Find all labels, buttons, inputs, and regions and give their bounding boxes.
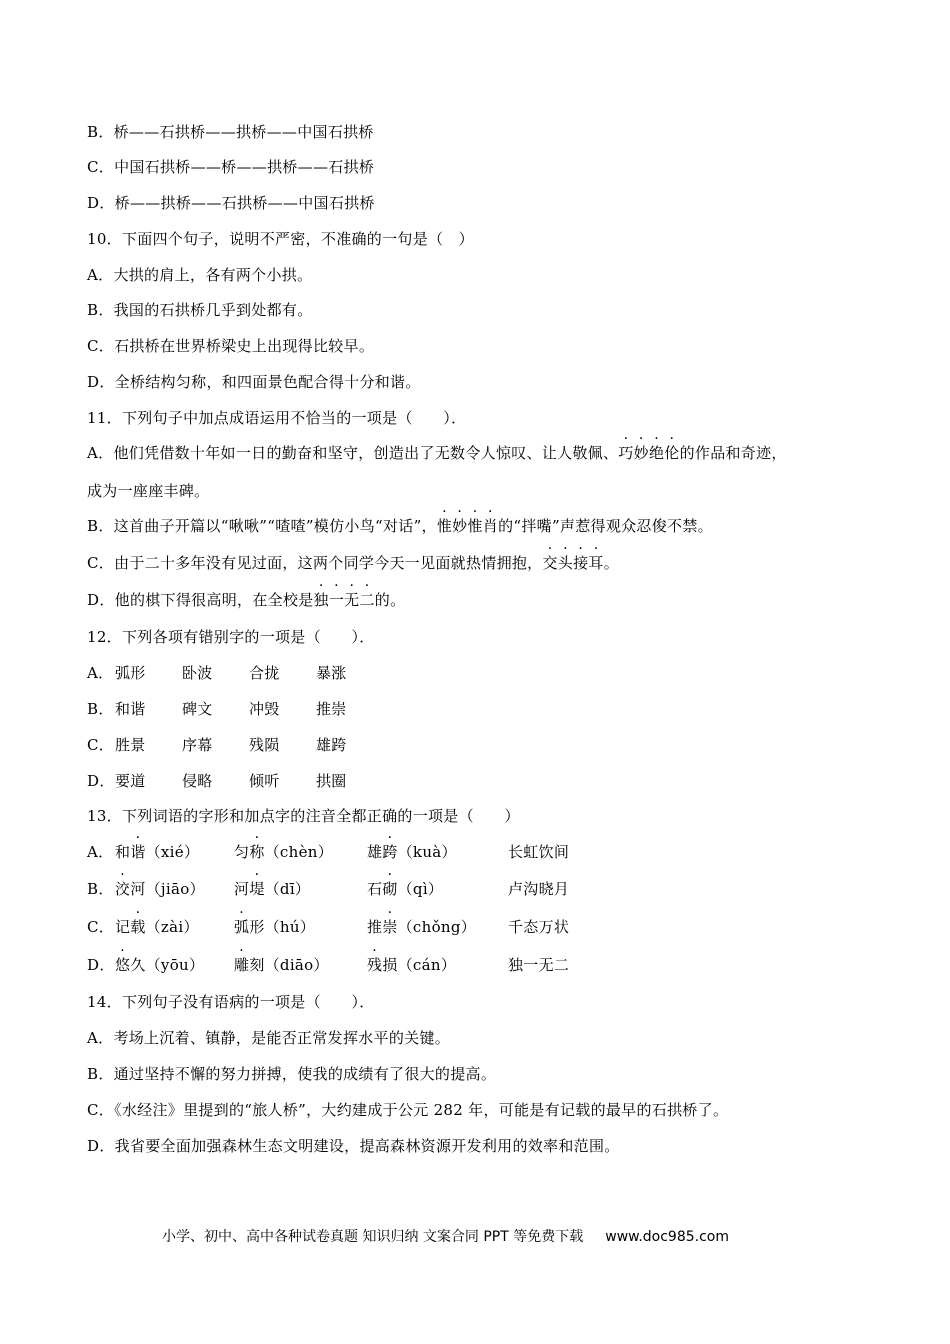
dotted-char: 悠 (115, 955, 130, 975)
dotted-char: 接 (573, 553, 588, 573)
option-letter: D． (87, 1137, 115, 1155)
word: 卧波 (182, 663, 213, 683)
word-text: 推 (367, 918, 382, 936)
dotted-idiom: 独一无二 (314, 591, 375, 609)
pinyin: （qì） (398, 880, 444, 898)
dotted-char: 堤 (249, 879, 264, 899)
dotted-char: 载 (130, 917, 145, 937)
pinyin: （zài） (146, 918, 199, 936)
option-letter: C． (87, 554, 114, 572)
q11-option-b: B．这首曲子开篇以“啾啾”“喳喳”模仿小鸟“对话”，惟妙惟肖的“拌嘴”声惹得观众… (87, 516, 713, 536)
option-letter: B． (87, 699, 114, 719)
word-item: 雄跨（kuà） (367, 842, 457, 862)
word: 暴涨 (316, 663, 347, 683)
dotted-char: 妙 (452, 516, 467, 536)
option-letter: B． (87, 123, 114, 141)
word-item: 卢沟晓月 (508, 879, 569, 899)
word: 序幕 (182, 735, 213, 755)
dotted-char: 头 (558, 553, 573, 573)
pinyin: （jiāo） (146, 880, 205, 898)
word: 侵略 (182, 771, 213, 791)
pinyin: （hú） (265, 918, 316, 936)
option-text: 桥——石拱桥——拱桥——中国石拱桥 (114, 123, 374, 141)
option-letter: C． (87, 337, 114, 355)
pinyin: （diāo） (265, 956, 329, 974)
option-letter: D． (87, 771, 115, 791)
pinyin: （xié） (146, 843, 200, 861)
option-letter: A． (87, 266, 113, 284)
word: 要道 (115, 771, 146, 791)
option-letter: A． (87, 842, 113, 862)
dotted-char: 称 (249, 842, 264, 862)
dotted-char: 肖 (483, 516, 498, 536)
word-text: 雄 (367, 843, 382, 861)
q13-stem: 13．下列词语的字形和加点字的注音全都正确的一项是（ ） (87, 806, 520, 826)
q9-option-b: B．桥——石拱桥——拱桥——中国石拱桥 (87, 122, 374, 142)
document-page: B．桥——石拱桥——拱桥——中国石拱桥 C．中国石拱桥——桥——拱桥——石拱桥 … (0, 0, 950, 1344)
word-item: 长虹饮间 (508, 842, 569, 862)
option-text: 由于二十多年没有见过面，这两个同学今天一见面就热情拥抱， (114, 554, 542, 572)
option-letter: A． (87, 663, 113, 683)
dotted-char: 巧 (618, 443, 633, 463)
word: 弧形 (115, 663, 146, 683)
word-text: 卢沟晓月 (508, 880, 569, 898)
q13-option-a: A．和谐（xié）匀称（chèn）雄跨（kuà）长虹饮间 (87, 842, 607, 862)
q12-option-c: C． 胜景 序幕 残陨 雄跨 (87, 735, 387, 755)
word-text: 记 (115, 918, 130, 936)
q14-option-a: A．考场上沉着、镇静，是能否正常发挥水平的关键。 (87, 1028, 450, 1048)
q10-option-b: B．我国的石拱桥几乎到处都有。 (87, 300, 313, 320)
option-text: 《水经注》里提到的“旅人桥”，大约建成于公元 282 年，可能是有记载的最早的石… (114, 1101, 728, 1119)
q9-option-c: C．中国石拱桥——桥——拱桥——石拱桥 (87, 157, 374, 177)
pinyin: （dī） (265, 880, 311, 898)
footer-text: 小学、初中、高中各种试卷真题 知识归纳 文案合同 PPT 等免费下载 (162, 1229, 583, 1245)
dotted-char: 二 (359, 590, 374, 610)
dotted-char: 跨 (382, 842, 397, 862)
q10-option-c: C．石拱桥在世界桥梁史上出现得比较早。 (87, 336, 374, 356)
q9-option-d: D．桥——拱桥——石拱桥——中国石拱桥 (87, 193, 375, 213)
word-text: 石 (367, 880, 382, 898)
q11-option-a-cont: 成为一座座丰碑。 (87, 481, 209, 501)
option-letter: C． (87, 158, 114, 176)
q10-option-d: D．全桥结构匀称，和四面景色配合得十分和谐。 (87, 372, 421, 392)
word: 合拢 (249, 663, 280, 683)
dotted-char: 残 (367, 955, 382, 975)
word-text: 和 (115, 843, 130, 861)
option-text: 。 (604, 554, 619, 572)
option-text: 的“拌嘴”声惹得观众忍俊不禁。 (498, 517, 713, 535)
q12-option-d: D． 要道 侵略 倾听 拱圈 (87, 771, 387, 791)
word: 倾听 (249, 771, 280, 791)
q13-option-b: B．洨河（jiāo）河堤（dī）石砌（qì）卢沟晓月 (87, 879, 607, 899)
q11-stem: 11．下列句子中加点成语运用不恰当的一项是（ ）． (87, 408, 466, 428)
option-text: 中国石拱桥——桥——拱桥——石拱桥 (114, 158, 374, 176)
dotted-idiom: 交头接耳 (542, 554, 603, 572)
q11-option-c: C．由于二十多年没有见过面，这两个同学今天一见面就热情拥抱，交头接耳。 (87, 553, 619, 573)
word: 残陨 (249, 735, 280, 755)
word-text: 久 (130, 956, 145, 974)
word-item: 记载（zài） (115, 917, 199, 937)
pinyin: （yōu） (146, 956, 205, 974)
option-letter: B． (87, 879, 114, 899)
word-item: 独一无二 (508, 955, 569, 975)
dotted-char: 洨 (115, 879, 130, 899)
word-item: 石砌（qì） (367, 879, 443, 899)
dotted-idiom: 巧妙绝伦 (618, 444, 679, 462)
word-item: 匀称（chèn） (234, 842, 333, 862)
dotted-char: 惟 (437, 516, 452, 536)
option-text: 的。 (375, 591, 406, 609)
dotted-char: 一 (329, 590, 344, 610)
word-item: 弧形（hú） (234, 917, 315, 937)
option-letter: D． (87, 591, 115, 609)
word: 冲毁 (249, 699, 280, 719)
option-letter: C． (87, 917, 114, 937)
option-letter: D． (87, 955, 115, 975)
pinyin: （cán） (398, 956, 457, 974)
dotted-char: 无 (344, 590, 359, 610)
word-item: 千态万状 (508, 917, 569, 937)
word-item: 雕刻（diāo） (234, 955, 329, 975)
q11-option-a: A．他们凭借数十年如一日的勤奋和坚守，创造出了无数令人惊叹、让人敬佩、巧妙绝伦的… (87, 443, 787, 463)
option-text: 石拱桥在世界桥梁史上出现得比较早。 (114, 337, 374, 355)
word-item: 推崇（chǒng） (367, 917, 476, 937)
word-text: 河 (130, 880, 145, 898)
q13-option-c: C．记载（zài）弧形（hú）推崇（chǒng）千态万状 (87, 917, 607, 937)
word-item: 洨河（jiāo） (115, 879, 205, 899)
option-text: 考场上沉着、镇静，是能否正常发挥水平的关键。 (113, 1029, 450, 1047)
word: 碑文 (182, 699, 213, 719)
q13-option-d: D．悠久（yōu）雕刻（diāo）残损（cán）独一无二 (87, 955, 607, 975)
q10-option-a: A．大拱的肩上，各有两个小拱。 (87, 265, 312, 285)
option-letter: C． (87, 735, 114, 755)
word: 拱圈 (316, 771, 347, 791)
word-item: 悠久（yōu） (115, 955, 204, 975)
word: 推崇 (316, 699, 347, 719)
footer-url-link[interactable]: www.doc985.com (605, 1229, 729, 1245)
word: 胜景 (115, 735, 146, 755)
option-text: 他们凭借数十年如一日的勤奋和坚守，创造出了无数令人惊叹、让人敬佩、 (113, 444, 618, 462)
pinyin: （kuà） (398, 843, 457, 861)
option-text: 我国的石拱桥几乎到处都有。 (114, 301, 313, 319)
option-letter: C． (87, 1101, 114, 1119)
option-letter: A． (87, 1029, 113, 1047)
q14-option-d: D．我省要全面加强森林生态文明建设，提高森林资源开发利用的效率和范围。 (87, 1136, 620, 1156)
page-footer: 小学、初中、高中各种试卷真题 知识归纳 文案合同 PPT 等免费下载www.do… (162, 1227, 729, 1247)
option-text: 通过坚持不懈的努力拼搏，使我的成绩有了很大的提高。 (114, 1065, 497, 1083)
option-text: 大拱的肩上，各有两个小拱。 (113, 266, 312, 284)
word-text: 形 (249, 918, 264, 936)
option-text: 这首曲子开篇以“啾啾”“喳喳”模仿小鸟“对话”， (114, 517, 437, 535)
word-text: 千态万状 (508, 918, 569, 936)
dotted-char: 妙 (634, 443, 649, 463)
q12-option-b: B． 和谐 碑文 冲毁 推崇 (87, 699, 387, 719)
dotted-char: 惟 (467, 516, 482, 536)
dotted-char: 交 (542, 553, 557, 573)
option-text: 我省要全面加强森林生态文明建设，提高森林资源开发利用的效率和范围。 (115, 1137, 620, 1155)
option-text: 桥——拱桥——石拱桥——中国石拱桥 (115, 194, 375, 212)
option-text: 的作品和奇迹， (680, 444, 787, 462)
q11-option-d: D．他的棋下得很高明，在全校是独一无二的。 (87, 590, 405, 610)
dotted-char: 独 (314, 590, 329, 610)
option-letter: A． (87, 444, 113, 462)
word-text: 损 (382, 956, 397, 974)
word-text: 长虹饮间 (508, 843, 569, 861)
dotted-char: 弧 (234, 917, 249, 937)
q14-option-b: B．通过坚持不懈的努力拼搏，使我的成绩有了很大的提高。 (87, 1064, 496, 1084)
option-letter: B． (87, 517, 114, 535)
word-item: 和谐（xié） (115, 842, 199, 862)
dotted-char: 谐 (130, 842, 145, 862)
dotted-char: 雕 (234, 955, 249, 975)
q14-option-c: C．《水经注》里提到的“旅人桥”，大约建成于公元 282 年，可能是有记载的最早… (87, 1100, 728, 1120)
dotted-char: 砌 (382, 879, 397, 899)
option-letter: D． (87, 194, 115, 212)
word-text: 刻 (249, 956, 264, 974)
q12-stem: 12．下列各项有错别字的一项是（ ）． (87, 627, 375, 647)
word: 和谐 (115, 699, 146, 719)
word-text: 独一无二 (508, 956, 569, 974)
option-text: 全桥结构匀称，和四面景色配合得十分和谐。 (115, 373, 421, 391)
word-text: 河 (234, 880, 249, 898)
word-item: 河堤（dī） (234, 879, 310, 899)
dotted-char: 崇 (382, 917, 397, 937)
q14-stem: 14．下列句子没有语病的一项是（ ）． (87, 992, 375, 1012)
word-item: 残损（cán） (367, 955, 456, 975)
option-letter: D． (87, 373, 115, 391)
dotted-char: 耳 (588, 553, 603, 573)
option-text: 他的棋下得很高明，在全校是 (115, 591, 314, 609)
q10-stem: 10．下面四个句子，说明不严密，不准确的一句是（ ） (87, 229, 474, 249)
option-letter: B． (87, 1065, 114, 1083)
word-text: 匀 (234, 843, 249, 861)
q12-option-a: A． 弧形 卧波 合拢 暴涨 (87, 663, 387, 683)
pinyin: （chǒng） (398, 918, 476, 936)
dotted-idiom: 惟妙惟肖 (437, 517, 498, 535)
word: 雄跨 (316, 735, 347, 755)
option-letter: B． (87, 301, 114, 319)
pinyin: （chèn） (265, 843, 333, 861)
dotted-char: 伦 (664, 443, 679, 463)
dotted-char: 绝 (649, 443, 664, 463)
